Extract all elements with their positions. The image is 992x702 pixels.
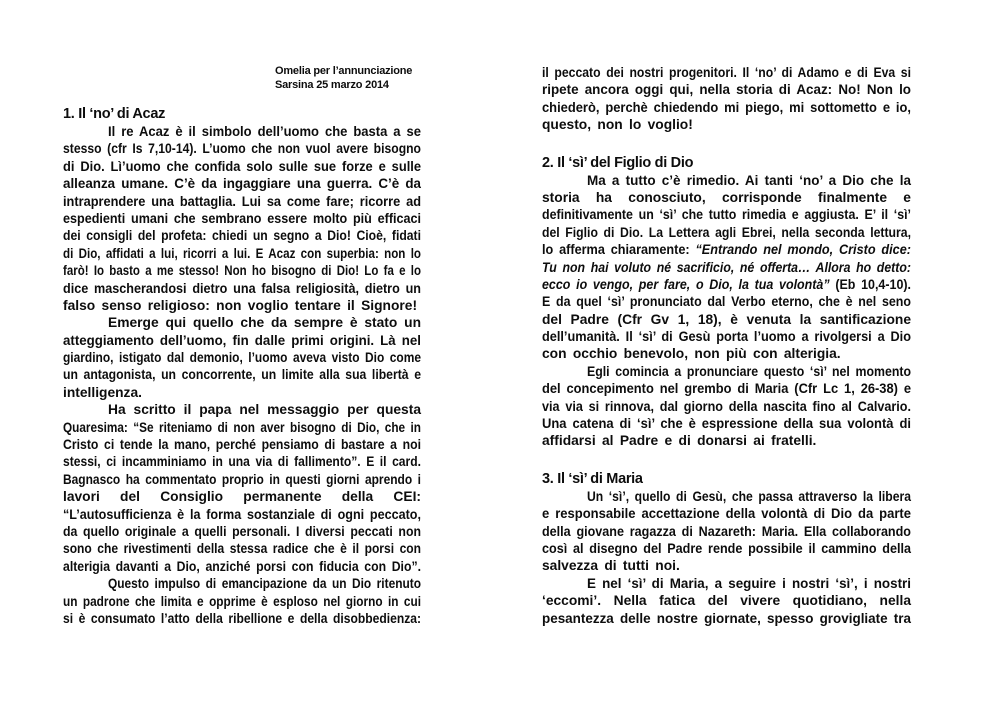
text-line: Tu non hai voluto né sacrificio, né offe… — [542, 259, 911, 276]
right-column: il peccato dei nostri progenitori. Il ‘n… — [542, 64, 911, 627]
text-segment: Ma a tutto c’è rimedio. Ai tanti ‘no’ a … — [587, 173, 911, 188]
text-segment: intraprendere una battaglia. Lui sa come… — [63, 194, 421, 209]
text-segment: E da quel ‘sì’ pronunciato dal Verbo ete… — [542, 294, 911, 309]
text-line: lo afferma chiaramente: “Entrando nel mo… — [542, 241, 911, 258]
header-title: Omelia per l’annunciazione — [275, 64, 421, 78]
text-segment: Ha scritto il papa nel messaggio per que… — [108, 402, 421, 417]
text-line: Ma a tutto c’è rimedio. Ai tanti ‘no’ a … — [542, 172, 911, 189]
document-header: Omelia per l’annunciazione Sarsina 25 ma… — [275, 64, 421, 92]
text-segment: sono che rivestimenti della stessa radic… — [63, 541, 421, 556]
text-segment: pesantezza delle nostre giornate, spesso… — [542, 611, 911, 626]
text-segment: da quello originale a quelli personali. … — [63, 524, 421, 539]
text-line: con occhio benevolo, non più con alterig… — [542, 345, 911, 362]
text-line: ‘eccomi’. Nella fatica del vivere quotid… — [542, 592, 911, 609]
text-segment: questo, non lo voglio! — [542, 117, 693, 132]
text-segment: chiederò, perchè chiedendo mi piego, mi … — [542, 100, 911, 115]
text-segment: si è consumato l’atto della ribellione e… — [63, 611, 421, 626]
text-line: di Dio. Lì’uomo che confida solo sulle s… — [63, 158, 421, 175]
text-segment: giardino, istigato dal demonio, l’uomo a… — [63, 350, 421, 365]
text-segment: falso senso religioso: non voglio tentar… — [63, 298, 417, 313]
text-segment: (Eb 10,4-10). — [830, 277, 911, 292]
text-segment: via via si rinnova, dal giorno della nas… — [542, 399, 911, 414]
text-line: Egli comincia a pronunciare questo ‘sì’ … — [542, 363, 911, 380]
text-segment: il peccato dei nostri progenitori. Il ‘n… — [542, 65, 911, 80]
text-segment: salvezza di tutti noi. — [542, 558, 680, 573]
text-segment: con occhio benevolo, non più con alterig… — [542, 346, 841, 361]
text-segment: storia ha conosciuto, corrisponde finalm… — [542, 190, 911, 205]
section-heading: 1. Il ‘no’ di Acaz — [63, 105, 421, 123]
text-line: chiederò, perchè chiedendo mi piego, mi … — [542, 99, 911, 116]
text-line: salvezza di tutti noi. — [542, 557, 911, 574]
text-line: si è consumato l’atto della ribellione e… — [63, 610, 421, 627]
text-line: intraprendere una battaglia. Lui sa come… — [63, 193, 421, 210]
text-segment: un antagonista, un concorrente, un limit… — [63, 367, 421, 382]
text-segment: ripete ancora oggi qui, nella storia di … — [542, 82, 911, 97]
text-line: Bagnasco ha commentato proprio in questi… — [63, 471, 421, 488]
text-segment: E nel ‘sì’ di Maria, a seguire i nostri … — [587, 576, 911, 591]
text-line: questo, non lo voglio! — [542, 116, 911, 133]
italic-text-segment: ecco io vengo, per fare, o Dio, la tua v… — [542, 277, 830, 292]
text-segment: di Dio, affidati a lui, ricorri a lui. E… — [63, 246, 421, 261]
text-line: un padrone che limita e opprime è esplos… — [63, 593, 421, 610]
text-segment: farò! Io basto a me stesso! Non ho bisog… — [63, 263, 421, 278]
section-heading: 2. Il ‘sì’ del Figlio di Dio — [542, 154, 911, 172]
text-line: alleanza umane. C’è da ingaggiare una gu… — [63, 175, 421, 192]
text-segment: definitivamente un ‘sì’ che tutto rimedi… — [542, 207, 911, 222]
text-line: giardino, istigato dal demonio, l’uomo a… — [63, 349, 421, 366]
text-line: Quaresima: “Se riteniamo di non aver bis… — [63, 419, 421, 436]
text-segment: della giovane ragazza di Nazareth: Maria… — [542, 524, 911, 539]
text-segment: Bagnasco ha commentato proprio in questi… — [63, 472, 421, 487]
text-line: pesantezza delle nostre giornate, spesso… — [542, 610, 911, 627]
text-line: lavori del Consiglio permanente della CE… — [63, 488, 421, 505]
text-line: falso senso religioso: non voglio tentar… — [63, 297, 421, 314]
text-line: Il re Acaz è il simbolo dell’uomo che ba… — [63, 123, 421, 140]
left-column-body: 1. Il ‘no’ di AcazIl re Acaz è il simbol… — [63, 105, 421, 627]
text-segment: lavori del Consiglio permanente della CE… — [63, 489, 421, 504]
text-segment: Un ‘sì’, quello di Gesù, che passa attra… — [587, 489, 911, 504]
text-line: della giovane ragazza di Nazareth: Maria… — [542, 523, 911, 540]
text-segment: lo afferma chiaramente: — [542, 242, 695, 257]
text-line: Ha scritto il papa nel messaggio per que… — [63, 401, 421, 418]
text-line: alterigia davanti a Dio, anziché porsi c… — [63, 558, 421, 575]
text-line: Questo impulso di emancipazione da un Di… — [63, 575, 421, 592]
text-line: stesso (cfr Is 7,10-14). L’uomo che non … — [63, 140, 421, 157]
text-line: Emerge qui quello che da sempre è stato … — [63, 314, 421, 331]
text-line: ecco io vengo, per fare, o Dio, la tua v… — [542, 276, 911, 293]
text-segment: di Dio. Lì’uomo che confida solo sulle s… — [63, 159, 421, 174]
text-line: il peccato dei nostri progenitori. Il ‘n… — [542, 64, 911, 81]
text-line: dei consigli del profeta: chiedi un segn… — [63, 227, 421, 244]
text-line: Cristo ci tende la mano, perché pensiamo… — [63, 436, 421, 453]
text-line: Un ‘sì’, quello di Gesù, che passa attra… — [542, 488, 911, 505]
text-line: espedienti umani che sembrano essere mol… — [63, 210, 421, 227]
text-line: intelligenza. — [63, 384, 421, 401]
text-segment: ‘eccomi’. Nella fatica del vivere quotid… — [542, 593, 911, 608]
text-line: un antagonista, un concorrente, un limit… — [63, 366, 421, 383]
document-page: Omelia per l’annunciazione Sarsina 25 ma… — [0, 0, 992, 702]
text-line: affidarsi al Padre e di donarsi ai frate… — [542, 432, 911, 449]
text-line: del Figlio di Dio. La Lettera agli Ebrei… — [542, 224, 911, 241]
text-segment: Cristo ci tende la mano, perché pensiamo… — [63, 437, 421, 452]
text-line: ripete ancora oggi qui, nella storia di … — [542, 81, 911, 98]
text-segment: atteggiamento dell’uomo, fin dalle primi… — [63, 333, 421, 348]
text-segment: “L’autosufficienza è la forma sostanzial… — [63, 507, 421, 522]
text-segment: Emerge qui quello che da sempre è stato … — [108, 315, 421, 330]
text-segment: alterigia davanti a Dio, anziché porsi c… — [63, 559, 421, 574]
text-line: dell’umanità. Il ‘sì’ di Gesù porta l’uo… — [542, 328, 911, 345]
text-segment: Il re Acaz è il simbolo dell’uomo che ba… — [108, 124, 421, 139]
text-line: E nel ‘sì’ di Maria, a seguire i nostri … — [542, 575, 911, 592]
text-line: definitivamente un ‘sì’ che tutto rimedi… — [542, 206, 911, 223]
text-line: e responsabile accettazione della volont… — [542, 505, 911, 522]
text-segment: Egli comincia a pronunciare questo ‘sì’ … — [587, 364, 911, 379]
text-line: atteggiamento dell’uomo, fin dalle primi… — [63, 332, 421, 349]
text-line: E da quel ‘sì’ pronunciato dal Verbo ete… — [542, 293, 911, 310]
text-segment: stessi, ci incamminiamo in una via di fa… — [63, 454, 421, 469]
text-segment: dell’umanità. Il ‘sì’ di Gesù porta l’uo… — [542, 329, 911, 344]
text-segment: Quaresima: “Se riteniamo di non aver bis… — [63, 420, 421, 435]
text-line: da quello originale a quelli personali. … — [63, 523, 421, 540]
text-segment: Questo impulso di emancipazione da un Di… — [108, 576, 421, 591]
text-segment: affidarsi al Padre e di donarsi ai frate… — [542, 433, 816, 448]
header-date: Sarsina 25 marzo 2014 — [275, 78, 421, 92]
section-heading: 3. Il ‘sì’ di Maria — [542, 470, 911, 488]
text-line: “L’autosufficienza è la forma sostanzial… — [63, 506, 421, 523]
text-line: via via si rinnova, dal giorno della nas… — [542, 398, 911, 415]
text-segment: e responsabile accettazione della volont… — [542, 506, 911, 521]
text-line: del concepimento nel grembo di Maria (Cf… — [542, 380, 911, 397]
text-line: storia ha conosciuto, corrisponde finalm… — [542, 189, 911, 206]
text-segment: espedienti umani che sembrano essere mol… — [63, 211, 421, 226]
text-segment: così al disegno del Padre rende possibil… — [542, 541, 911, 556]
text-line: sono che rivestimenti della stessa radic… — [63, 540, 421, 557]
text-segment: intelligenza. — [63, 385, 142, 400]
text-line: del Padre (Cfr Gv 1, 18), è venuta la sa… — [542, 311, 911, 328]
text-line: farò! Io basto a me stesso! Non ho bisog… — [63, 262, 421, 279]
text-line: così al disegno del Padre rende possibil… — [542, 540, 911, 557]
left-column: Omelia per l’annunciazione Sarsina 25 ma… — [63, 64, 421, 627]
text-line: dice mascherandosi dietro una falsa reli… — [63, 280, 421, 297]
text-segment: del Padre (Cfr Gv 1, 18), è venuta la sa… — [542, 312, 911, 327]
text-line: Una catena di ‘sì’ che è espressione del… — [542, 415, 911, 432]
text-segment: alleanza umane. C’è da ingaggiare una gu… — [63, 176, 421, 191]
text-segment: dice mascherandosi dietro una falsa reli… — [63, 281, 421, 296]
text-segment: un padrone che limita e opprime è esplos… — [63, 594, 421, 609]
text-segment: Una catena di ‘sì’ che è espressione del… — [542, 416, 911, 431]
text-line: di Dio, affidati a lui, ricorri a lui. E… — [63, 245, 421, 262]
text-line: stessi, ci incamminiamo in una via di fa… — [63, 453, 421, 470]
text-segment: del concepimento nel grembo di Maria (Cf… — [542, 381, 911, 396]
italic-text-segment: “Entrando nel mondo, Cristo dice: — [695, 242, 911, 257]
italic-text-segment: Tu non hai voluto né sacrificio, né offe… — [542, 260, 911, 275]
text-segment: dei consigli del profeta: chiedi un segn… — [63, 228, 421, 243]
text-segment: stesso (cfr Is 7,10-14). L’uomo che non … — [63, 141, 421, 156]
text-segment: del Figlio di Dio. La Lettera agli Ebrei… — [542, 225, 911, 240]
